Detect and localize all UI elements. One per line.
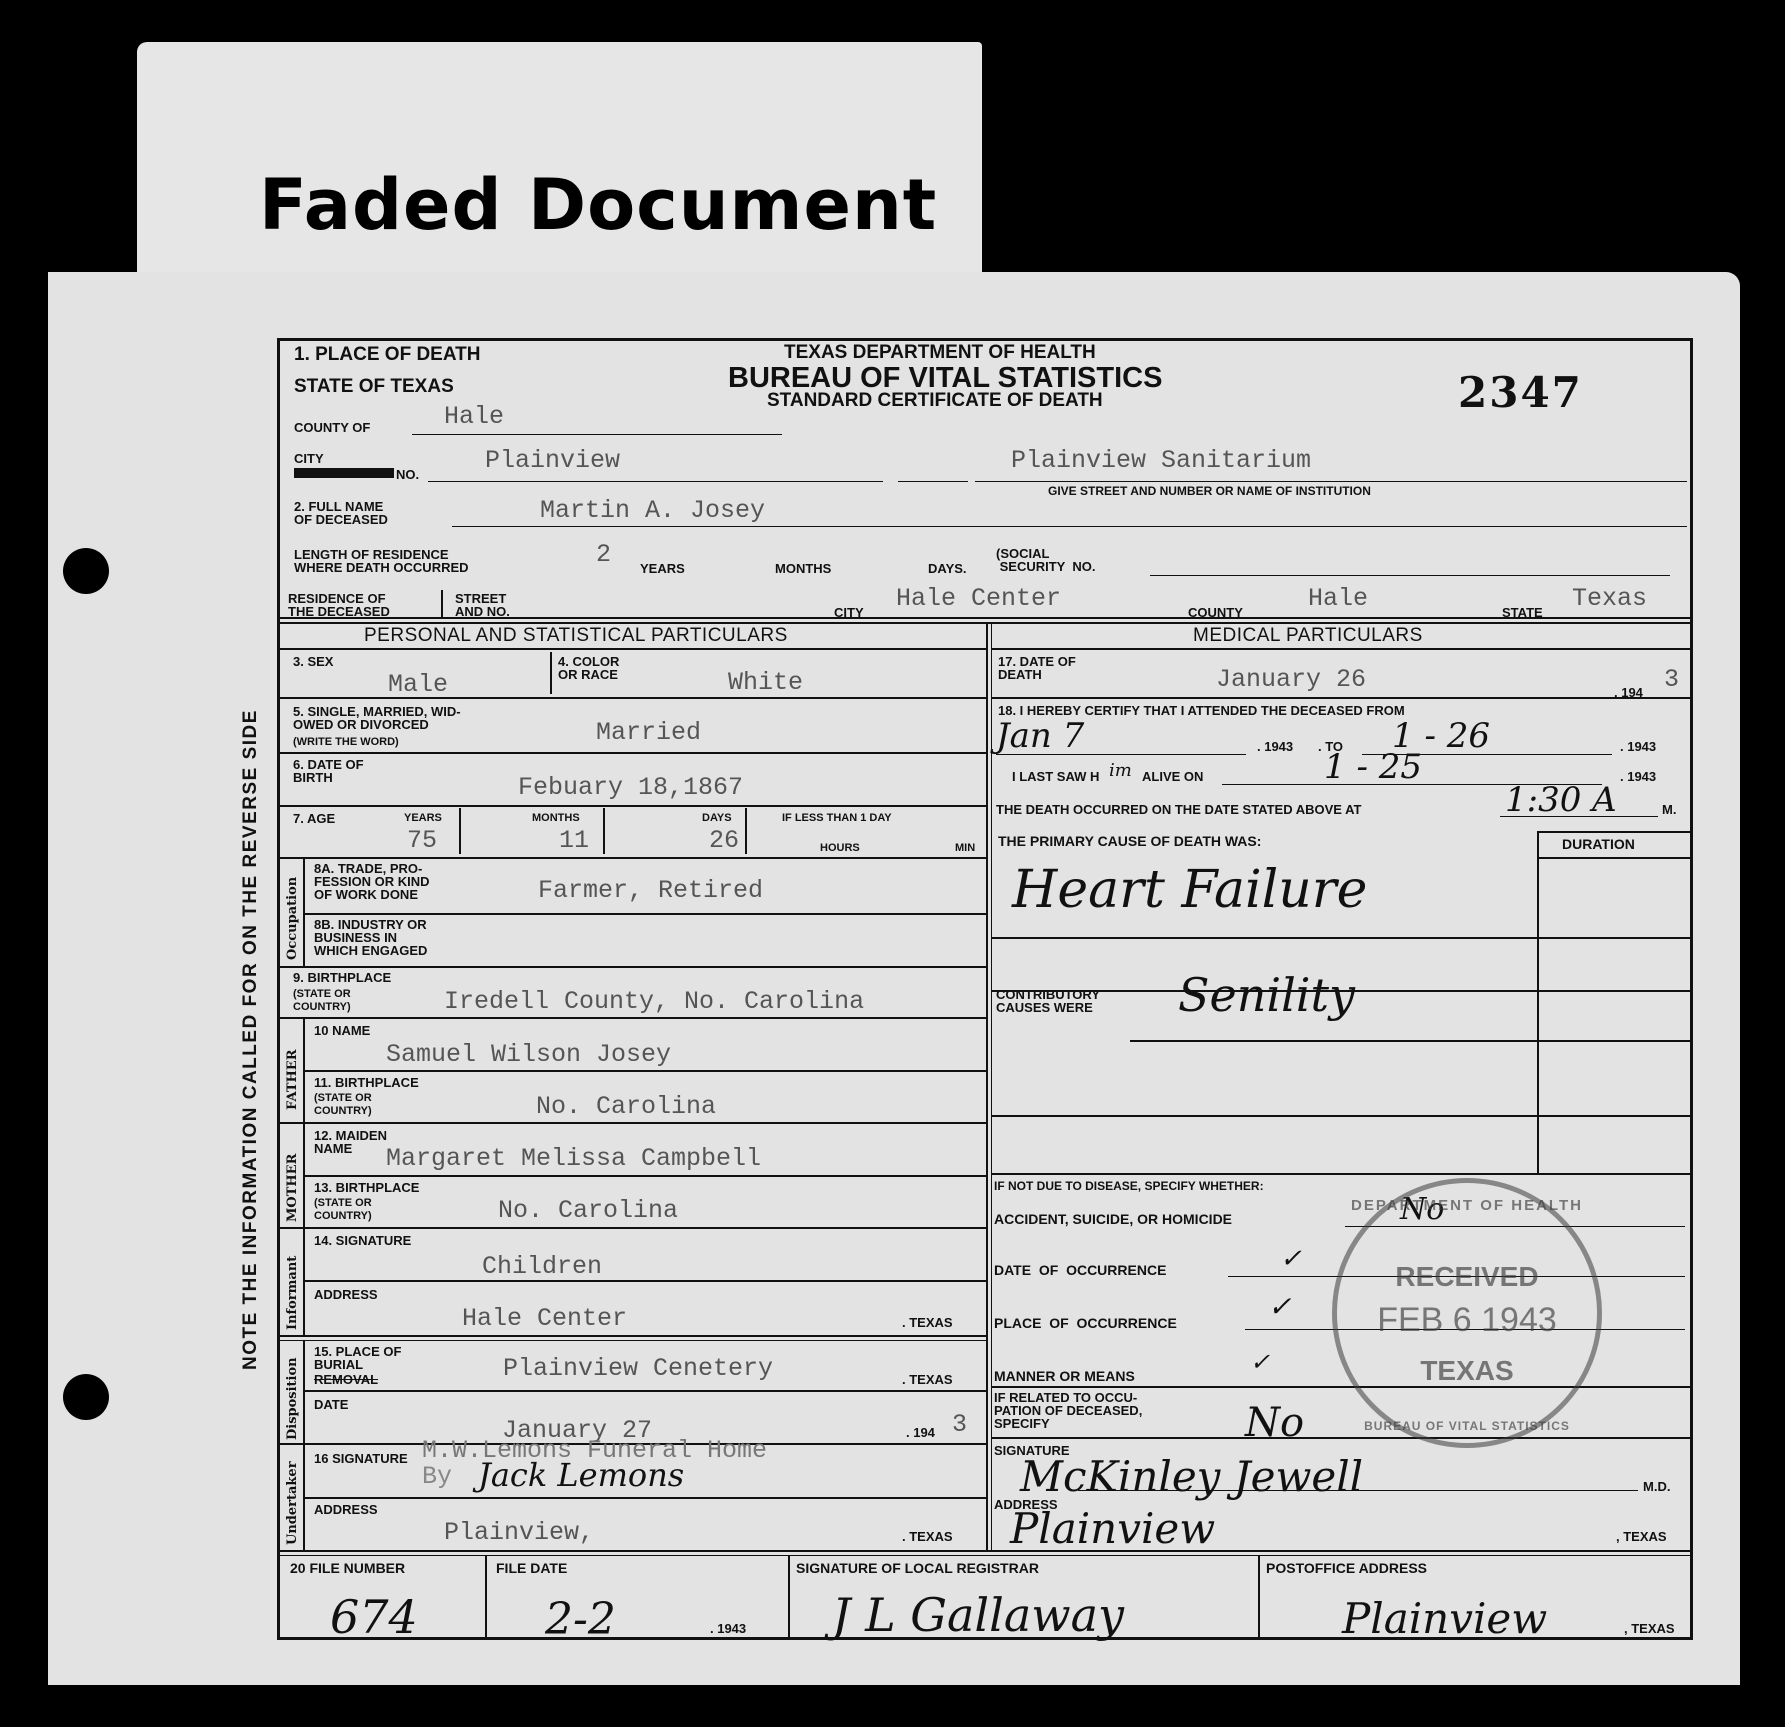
- contributory-value: Senility: [1178, 968, 1355, 1022]
- md-label: M.D.: [1643, 1480, 1670, 1493]
- county-label: COUNTY OF: [294, 421, 370, 434]
- color-label: 4. COLOR OR RACE: [558, 655, 619, 681]
- trade-value: Farmer, Retired: [538, 876, 763, 905]
- informant-sig-value: Children: [482, 1252, 602, 1281]
- stamp-received: RECEIVED: [1337, 1261, 1597, 1293]
- filing-divider: [1258, 1556, 1260, 1638]
- informant-group-label: Informant: [285, 1256, 300, 1330]
- undertaker-handwritten-signature: Jack Lemons: [478, 1456, 684, 1494]
- date-occurrence-value: ✓: [1280, 1244, 1302, 1274]
- last-saw-label: I LAST SAW H: [1012, 770, 1099, 783]
- row-line: [277, 966, 986, 968]
- city-no-label: NO.: [396, 468, 419, 481]
- state-label: STATE OF TEXAS: [294, 377, 454, 397]
- age-divider: [745, 808, 747, 854]
- marital-hint: (WRITE THE WORD): [293, 736, 399, 749]
- undertaker-sig-label: 16 SIGNATURE: [314, 1452, 408, 1465]
- filing-top-line-2: [277, 1555, 1693, 1556]
- center-divider: [986, 622, 988, 1550]
- mother-birthplace-value: No. Carolina: [498, 1196, 678, 1225]
- row-line: [991, 1437, 1693, 1439]
- burial-value: Plainview Cenetery: [503, 1354, 773, 1383]
- dod-value: January 26: [1216, 665, 1366, 694]
- manner-label: MANNER OR MEANS: [994, 1370, 1135, 1383]
- row-line: [991, 937, 1693, 939]
- row-line: [277, 1227, 986, 1229]
- institution-hint: GIVE STREET AND NUMBER OR NAME OF INSTIT…: [1048, 485, 1371, 498]
- postoffice-label: POSTOFFICE ADDRESS: [1266, 1562, 1427, 1575]
- stamp-outer-bottom: BUREAU OF VITAL STATISTICS: [1337, 1419, 1597, 1433]
- burial-date-label: DATE: [314, 1398, 348, 1411]
- death-time-line: [1500, 816, 1658, 817]
- death-time-value: 1:30 A: [1505, 780, 1617, 820]
- row-line: [303, 1497, 986, 1499]
- mother-name-value: Margaret Melissa Campbell: [386, 1144, 761, 1173]
- filing-divider: [788, 1556, 790, 1638]
- age-days: 26: [709, 826, 739, 855]
- residence-city: Hale Center: [896, 584, 1061, 613]
- street-label: STREET AND NO.: [455, 592, 510, 618]
- side-note: NOTE THE INFORMATION CALLED FOR ON THE R…: [240, 709, 262, 1370]
- undertaker-texas: . TEXAS: [902, 1530, 953, 1543]
- disposition-group-label: Disposition: [285, 1357, 300, 1440]
- row-line: [303, 1070, 986, 1072]
- not-disease-label: IF NOT DUE TO DISEASE, SPECIFY WHETHER:: [994, 1180, 1264, 1193]
- center-divider-2: [991, 622, 992, 1550]
- stamp-outer-top: DEPARTMENT OF HEALTH: [1337, 1197, 1597, 1214]
- place-occurrence-value: ✓: [1268, 1290, 1291, 1323]
- row-line: [277, 1335, 986, 1337]
- stamp-date: FEB 6 1943: [1337, 1301, 1597, 1340]
- punch-hole-bottom: [63, 1374, 109, 1420]
- informant-texas: . TEXAS: [902, 1316, 953, 1329]
- mother-group-label: MOTHER: [285, 1154, 300, 1222]
- file-year: . 1943: [710, 1622, 746, 1635]
- physician-address: Plainview: [1010, 1504, 1215, 1553]
- age-years-label: YEARS: [404, 812, 442, 825]
- duration-divider: [1537, 831, 1539, 1173]
- full-name-value: Martin A. Josey: [540, 496, 765, 525]
- undertaker-addr-value: Plainview,: [444, 1518, 594, 1547]
- father-birthplace-value: No. Carolina: [536, 1092, 716, 1121]
- residence-length-label: LENGTH OF RESIDENCE WHERE DEATH OCCURRED: [294, 548, 469, 574]
- personal-section-title: PERSONAL AND STATISTICAL PARTICULARS: [364, 626, 788, 646]
- age-months: 11: [559, 826, 589, 855]
- certificate-title: STANDARD CERTIFICATE OF DEATH: [767, 391, 1103, 411]
- institution-line: [975, 481, 1687, 482]
- punch-hole-top: [63, 548, 109, 594]
- birthplace-label: 9. BIRTHPLACE: [293, 971, 391, 984]
- marital-value: Married: [596, 718, 701, 747]
- last-saw-value: 1 - 25: [1324, 747, 1422, 787]
- row-line: [991, 1173, 1693, 1175]
- dob-label: 6. DATE OF BIRTH: [293, 758, 364, 784]
- city-line-2: [898, 481, 968, 482]
- physician-signature: McKinley Jewell: [1020, 1452, 1363, 1501]
- dod-year-digit: 3: [1664, 665, 1679, 694]
- informant-sig-label: 14. SIGNATURE: [314, 1234, 411, 1247]
- row-line: [277, 857, 986, 859]
- contributory-label: CONTRIBUTORY CAUSES WERE: [996, 988, 1100, 1014]
- residence-divider: [441, 590, 443, 618]
- burial-year-prefix: . 194: [906, 1426, 935, 1439]
- days-label: DAYS.: [928, 562, 967, 575]
- physician-texas: , TEXAS: [1616, 1530, 1667, 1543]
- primary-cause-value: Heart Failure: [1012, 860, 1367, 920]
- row-line: [991, 648, 1693, 650]
- min-label: MIN: [955, 842, 975, 855]
- duration-label: DURATION: [1562, 838, 1635, 851]
- occupation-group-label: Occupation: [285, 877, 300, 960]
- dob-value: Febuary 18,1867: [518, 773, 743, 802]
- header-divider-2: [277, 622, 1693, 624]
- file-date-label: FILE DATE: [496, 1562, 567, 1575]
- duration-top-line: [1537, 831, 1693, 833]
- signature-line: [1078, 1490, 1638, 1491]
- faded-document-title: Faded Document: [259, 164, 937, 246]
- postoffice-texas: , TEXAS: [1624, 1622, 1675, 1635]
- burial-strike: REMOVAL: [314, 1373, 378, 1386]
- undertaker-addr-label: ADDRESS: [314, 1503, 378, 1516]
- county-line: [412, 434, 782, 435]
- mother-birthplace-label: 13. BIRTHPLACE: [314, 1181, 419, 1194]
- row-line: [991, 697, 1693, 699]
- father-name-value: Samuel Wilson Josey: [386, 1040, 671, 1069]
- row-line: [277, 1340, 986, 1341]
- death-time-label: THE DEATH OCCURRED ON THE DATE STATED AB…: [996, 803, 1361, 816]
- row-line: [277, 1017, 986, 1019]
- registrar-label: SIGNATURE OF LOCAL REGISTRAR: [796, 1562, 1039, 1575]
- from-year: . 1943: [1257, 740, 1293, 753]
- row-line: [303, 1390, 986, 1392]
- row-line: [303, 1175, 986, 1177]
- row-line: [277, 752, 986, 754]
- bureau-title: BUREAU OF VITAL STATISTICS: [728, 363, 1162, 393]
- group-divider: [303, 857, 305, 966]
- to-year: . 1943: [1620, 740, 1656, 753]
- file-date-value: 2-2: [545, 1594, 616, 1645]
- sex-label: 3. SEX: [293, 655, 333, 668]
- age-label: 7. AGE: [293, 812, 335, 825]
- attend-line: [996, 754, 1246, 755]
- birthplace-value: Iredell County, No. Carolina: [444, 987, 864, 1016]
- years-label: YEARS: [640, 562, 685, 575]
- m-label: M.: [1662, 803, 1676, 816]
- received-stamp: DEPARTMENT OF HEALTH RECEIVED FEB 6 1943…: [1332, 1178, 1602, 1448]
- last-saw-him: im: [1109, 760, 1132, 781]
- filing-top-line: [277, 1550, 1693, 1552]
- attended-from: Jan 7: [996, 716, 1084, 756]
- color-value: White: [728, 668, 803, 697]
- row-line: [277, 648, 986, 650]
- registrar-signature: J L Gallaway: [832, 1588, 1124, 1642]
- city-line: [428, 481, 883, 482]
- age-divider: [603, 808, 605, 854]
- father-birthplace-hint: (STATE OR COUNTRY): [314, 1092, 372, 1118]
- dod-label: 17. DATE OF DEATH: [998, 655, 1076, 681]
- age-divider: [459, 808, 461, 854]
- industry-label: 8B. INDUSTRY OR BUSINESS IN WHICH ENGAGE…: [314, 918, 427, 957]
- row-line: [303, 913, 986, 915]
- father-group-label: FATHER: [285, 1049, 300, 1110]
- alive-label: ALIVE ON: [1142, 770, 1203, 783]
- age-months-label: MONTHS: [532, 812, 580, 825]
- residence-label: RESIDENCE OF THE DECEASED: [288, 592, 390, 618]
- sex-divider: [550, 652, 552, 694]
- institution-value: Plainview Sanitarium: [1011, 446, 1311, 475]
- county-value: Hale: [444, 402, 504, 431]
- residence-years: 2: [596, 540, 611, 569]
- burial-texas: . TEXAS: [902, 1373, 953, 1386]
- postoffice-value: Plainview: [1342, 1594, 1547, 1643]
- birthplace-hint: (STATE OR COUNTRY): [293, 988, 351, 1014]
- father-birthplace-label: 11. BIRTHPLACE: [314, 1076, 419, 1089]
- row-line: [1130, 1040, 1693, 1042]
- date-occurrence-label: DATE OF OCCURRENCE: [994, 1264, 1166, 1277]
- file-number-value: 674: [330, 1590, 418, 1644]
- sex-value: Male: [388, 670, 448, 699]
- row-line: [277, 697, 986, 699]
- undertaker-group-label: Undertaker: [285, 1461, 300, 1545]
- months-label: MONTHS: [775, 562, 831, 575]
- residence-state: Texas: [1572, 584, 1647, 613]
- trade-label: 8A. TRADE, PRO- FESSION OR KIND OF WORK …: [314, 862, 430, 901]
- informant-addr-label: ADDRESS: [314, 1288, 378, 1301]
- last-saw-year: . 1943: [1620, 770, 1656, 783]
- city-label: CITY: [294, 452, 324, 465]
- burial-label: 15. PLACE OF BURIAL: [314, 1345, 401, 1371]
- age-years: 75: [407, 826, 437, 855]
- city-value: Plainview: [485, 446, 620, 475]
- header-divider: [277, 617, 1693, 619]
- mother-name-label: 12. MAIDEN NAME: [314, 1129, 387, 1155]
- stamp-state: TEXAS: [1337, 1355, 1597, 1387]
- certificate-number: 2347: [1458, 368, 1583, 417]
- place-occurrence-label: PLACE OF OCCURRENCE: [994, 1317, 1177, 1330]
- marital-label: 5. SINGLE, MARRIED, WID- OWED OR DIVORCE…: [293, 705, 461, 731]
- row-line: [1537, 857, 1693, 859]
- residence-county: Hale: [1308, 584, 1368, 613]
- primary-cause-label: THE PRIMARY CAUSE OF DEATH WAS:: [998, 835, 1261, 848]
- burial-year-digit: 3: [952, 1410, 967, 1439]
- full-name-label: 2. FULL NAME OF DECEASED: [294, 500, 388, 526]
- ssn-line: [1150, 575, 1670, 576]
- informant-addr-value: Hale Center: [462, 1304, 627, 1333]
- ssn-label: (SOCIAL SECURITY NO.: [996, 547, 1095, 573]
- hours-label: HOURS: [820, 842, 860, 855]
- filing-divider: [485, 1556, 487, 1638]
- row-line: [277, 805, 986, 807]
- age-days-label: DAYS: [702, 812, 732, 825]
- file-number-label: 20 FILE NUMBER: [290, 1562, 405, 1575]
- row-line: [991, 1115, 1693, 1117]
- full-name-line: [452, 526, 1687, 527]
- undertaker-by: By: [422, 1462, 452, 1491]
- occupation-related-value: No: [1245, 1400, 1304, 1446]
- manner-value: ✓: [1250, 1348, 1270, 1376]
- redaction-mark: [294, 468, 394, 478]
- place-of-death-label: 1. PLACE OF DEATH: [294, 345, 481, 365]
- medical-section-title: MEDICAL PARTICULARS: [1193, 626, 1423, 646]
- mother-birthplace-hint: (STATE OR COUNTRY): [314, 1197, 372, 1223]
- father-name-label: 10 NAME: [314, 1024, 370, 1037]
- row-line: [303, 1280, 986, 1282]
- faded-document-card: Faded Document: [137, 42, 982, 282]
- dept-title: TEXAS DEPARTMENT OF HEALTH: [784, 343, 1096, 363]
- row-line: [277, 1122, 986, 1124]
- less-than-day-label: IF LESS THAN 1 DAY: [782, 812, 892, 825]
- occupation-related-label: IF RELATED TO OCCU- PATION OF DECEASED, …: [994, 1391, 1142, 1430]
- accident-label: ACCIDENT, SUICIDE, OR HOMICIDE: [994, 1213, 1232, 1226]
